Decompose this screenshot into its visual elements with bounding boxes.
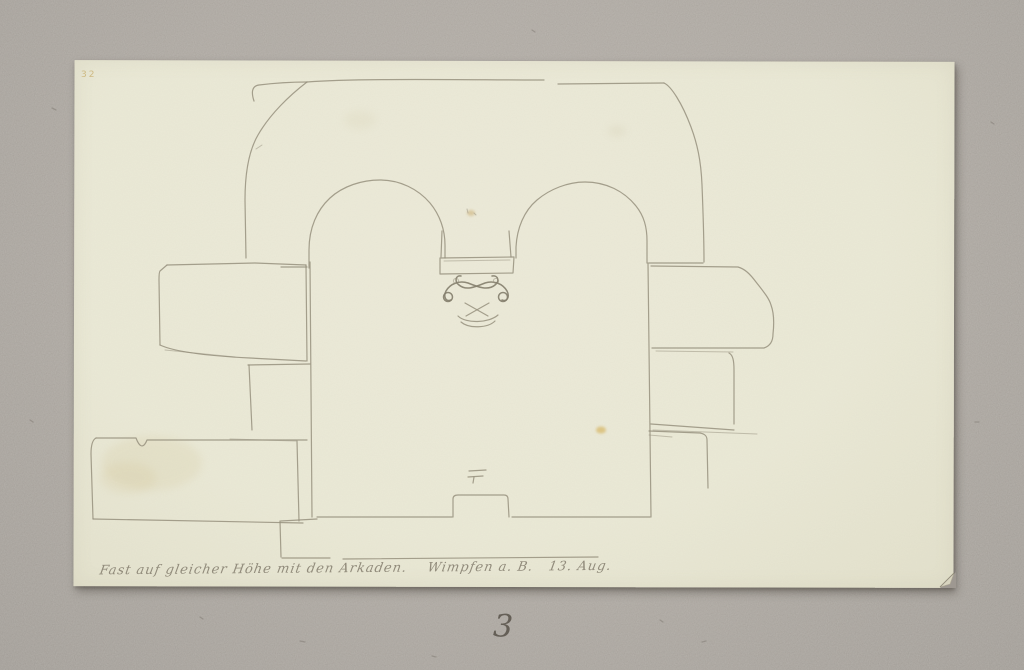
sketch-sheet bbox=[73, 60, 954, 588]
page-number: 3 bbox=[492, 608, 534, 654]
corner-inscription: 32 bbox=[81, 70, 96, 80]
mount-board: Fast auf gleicher Höhe mit den Arkaden. … bbox=[0, 0, 1024, 670]
